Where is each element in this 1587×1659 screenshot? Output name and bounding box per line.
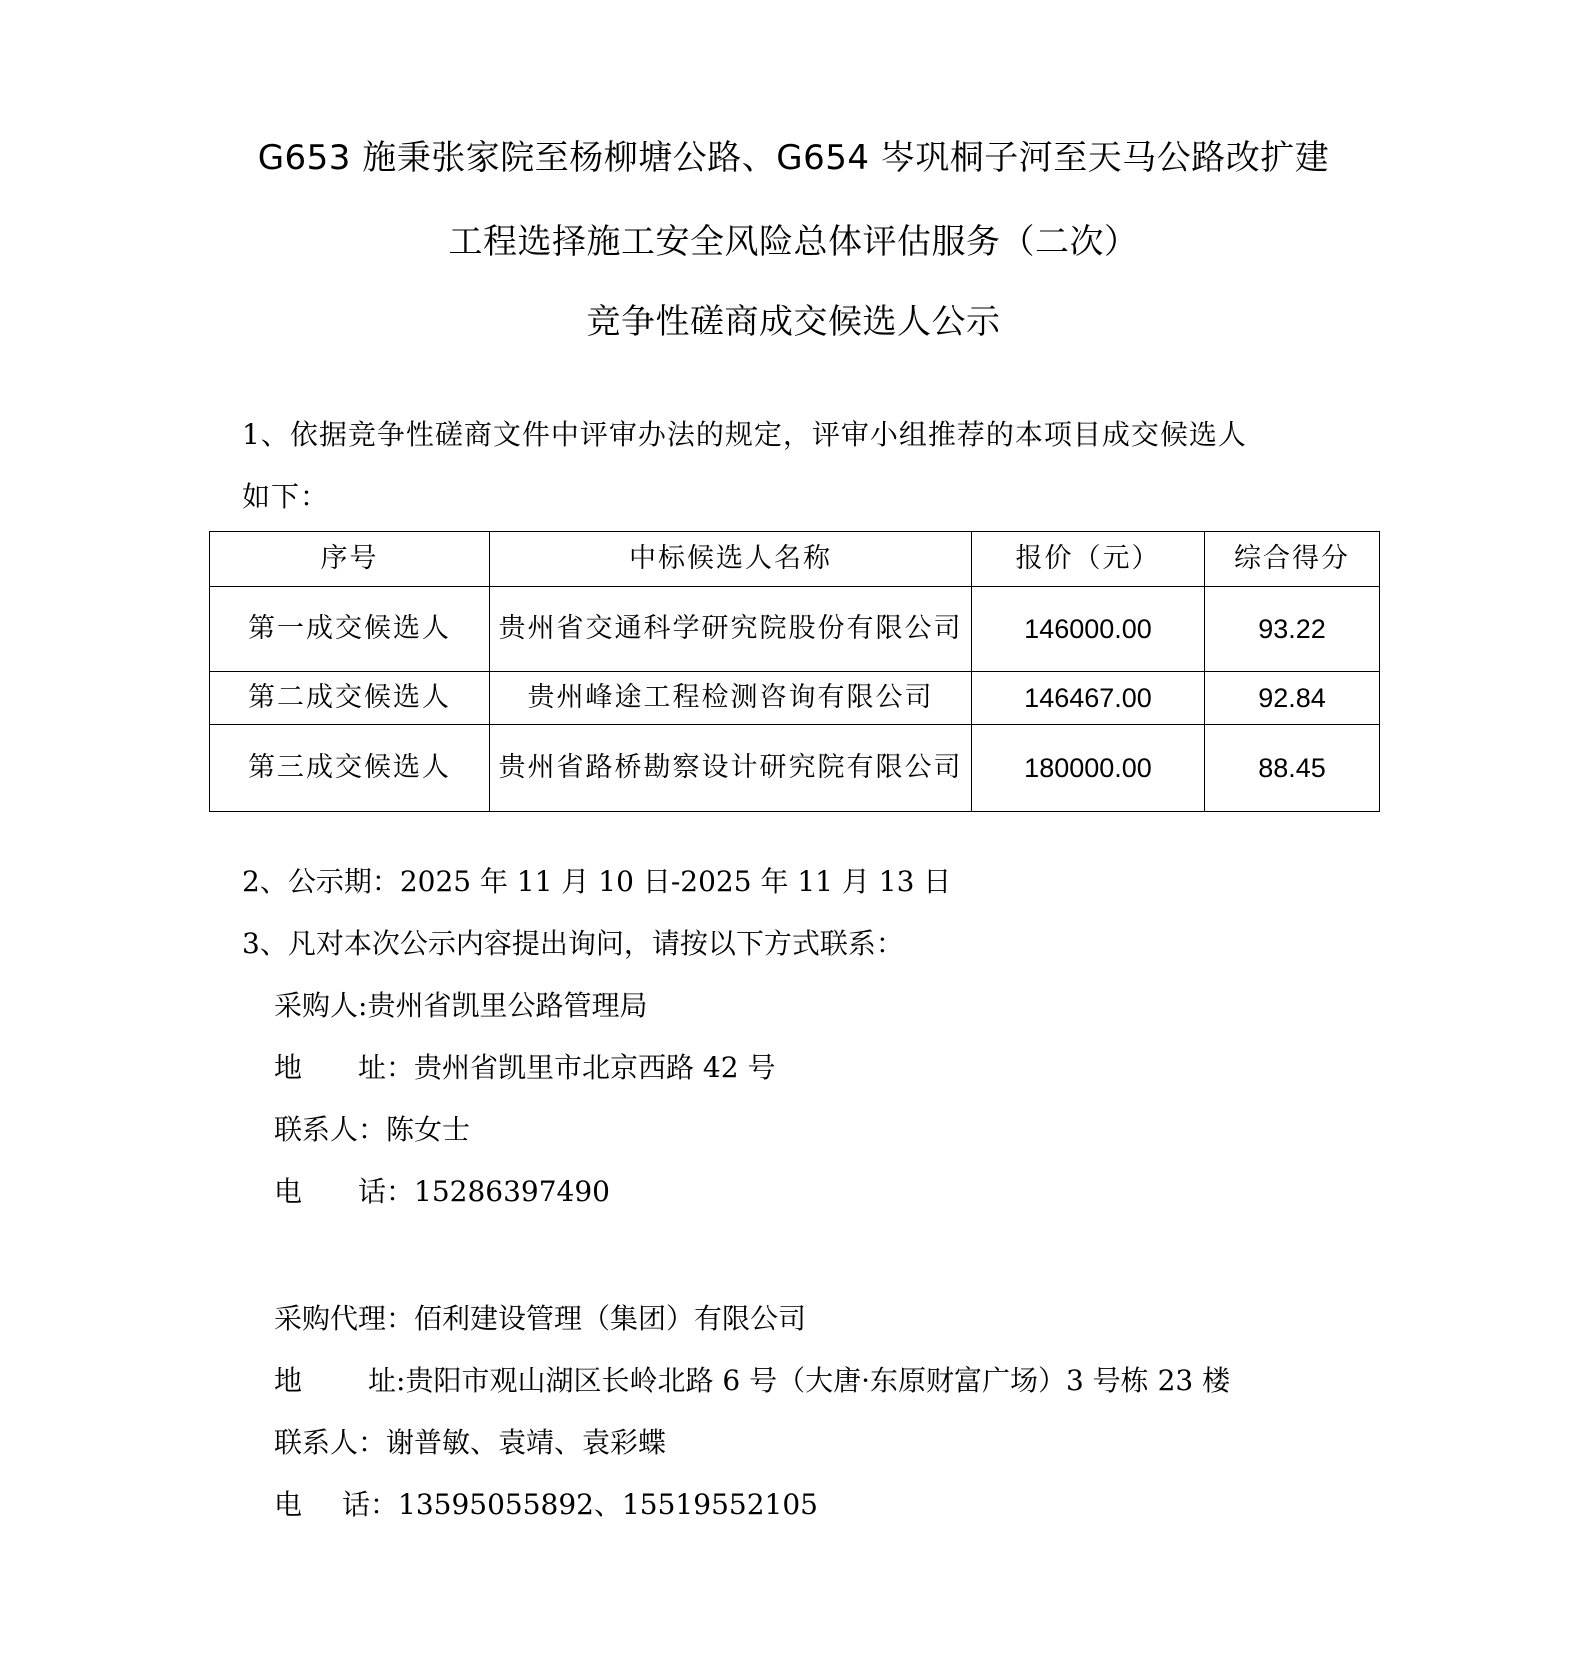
cell-rank: 第一成交候选人 (210, 587, 490, 672)
agent-contact-label: 联系人： (274, 1426, 386, 1459)
agent-name: 佰利建设管理（集团）有限公司 (414, 1302, 806, 1335)
agent-name-line: 采购代理：佰利建设管理（集团）有限公司 (274, 1302, 806, 1336)
purchaser-name-line: 采购人:贵州省凯里公路管理局 (274, 989, 647, 1023)
agent-phone-label-2: 话： (342, 1488, 398, 1521)
purchaser-phone-label-2: 话： (358, 1175, 414, 1208)
section-3-contact-intro: 3、凡对本次公示内容提出询问，请按以下方式联系： (242, 927, 904, 961)
purchaser-address-line: 地址：贵州省凯里市北京西路 42 号 (274, 1051, 775, 1085)
title-line-3: 竞争性磋商成交候选人公示 (0, 302, 1587, 342)
purchaser-address-label-2: 址： (358, 1051, 414, 1084)
purchaser-contact-label: 联系人： (274, 1113, 386, 1146)
agent-address-line: 地址:贵阳市观山湖区长岭北路 6 号（大唐·东原财富广场）3 号栋 23 楼 (274, 1364, 1230, 1398)
cell-name: 贵州省交通科学研究院股份有限公司 (490, 587, 972, 672)
agent-phone-line: 电话：13595055892、15519552105 (274, 1488, 818, 1522)
purchaser-address: 贵州省凯里市北京西路 42 号 (414, 1051, 775, 1084)
section-2-publicity-period: 2、公示期：2025 年 11 月 10 日-2025 年 11 月 13 日 (242, 865, 951, 899)
cell-price: 180000.00 (972, 725, 1205, 812)
cell-rank: 第二成交候选人 (210, 672, 490, 725)
agent-phone-label-1: 电 (274, 1488, 302, 1521)
agent-address: 贵阳市观山湖区长岭北路 6 号（大唐·东原财富广场）3 号栋 23 楼 (405, 1364, 1230, 1397)
purchaser-name-label: 采购人: (274, 989, 367, 1022)
agent-contact: 谢普敏、袁靖、袁彩蝶 (386, 1426, 666, 1459)
cell-price: 146467.00 (972, 672, 1205, 725)
document-page: G653 施秉张家院至杨柳塘公路、G654 岑巩桐子河至天马公路改扩建 工程选择… (0, 0, 1587, 1659)
purchaser-phone-line: 电话：15286397490 (274, 1175, 610, 1209)
section-1-line-1: 1、依据竞争性磋商文件中评审办法的规定，评审小组推荐的本项目成交候选人 (242, 418, 1247, 452)
table-row: 第三成交候选人 贵州省路桥勘察设计研究院有限公司 180000.00 88.45 (210, 725, 1380, 812)
agent-address-label-2: 址: (368, 1364, 405, 1397)
table-header-row: 序号 中标候选人名称 报价（元） 综合得分 (210, 532, 1380, 587)
header-score: 综合得分 (1205, 532, 1380, 587)
header-rank: 序号 (210, 532, 490, 587)
purchaser-phone-label-1: 电 (274, 1175, 302, 1208)
purchaser-address-label-1: 地 (274, 1051, 302, 1084)
title-line-2: 工程选择施工安全风险总体评估服务（二次） (0, 222, 1587, 262)
purchaser-name: 贵州省凯里公路管理局 (367, 989, 647, 1022)
cell-name: 贵州省路桥勘察设计研究院有限公司 (490, 725, 972, 812)
table-row: 第二成交候选人 贵州峰途工程检测咨询有限公司 146467.00 92.84 (210, 672, 1380, 725)
candidates-table: 序号 中标候选人名称 报价（元） 综合得分 第一成交候选人 贵州省交通科学研究院… (209, 531, 1380, 812)
agent-phone: 13595055892、15519552105 (398, 1488, 818, 1521)
table-row: 第一成交候选人 贵州省交通科学研究院股份有限公司 146000.00 93.22 (210, 587, 1380, 672)
purchaser-phone: 15286397490 (414, 1175, 610, 1208)
cell-name: 贵州峰途工程检测咨询有限公司 (490, 672, 972, 725)
agent-address-label-1: 地 (274, 1364, 302, 1397)
title-line-1: G653 施秉张家院至杨柳塘公路、G654 岑巩桐子河至天马公路改扩建 (0, 138, 1587, 178)
purchaser-contact: 陈女士 (386, 1113, 470, 1146)
purchaser-contact-line: 联系人：陈女士 (274, 1113, 470, 1147)
cell-rank: 第三成交候选人 (210, 725, 490, 812)
agent-contact-line: 联系人：谢普敏、袁靖、袁彩蝶 (274, 1426, 666, 1460)
cell-price: 146000.00 (972, 587, 1205, 672)
agent-name-label: 采购代理： (274, 1302, 414, 1335)
section-1-line-2: 如下： (242, 480, 329, 514)
header-name: 中标候选人名称 (490, 532, 972, 587)
header-price: 报价（元） (972, 532, 1205, 587)
cell-score: 92.84 (1205, 672, 1380, 725)
cell-score: 88.45 (1205, 725, 1380, 812)
cell-score: 93.22 (1205, 587, 1380, 672)
